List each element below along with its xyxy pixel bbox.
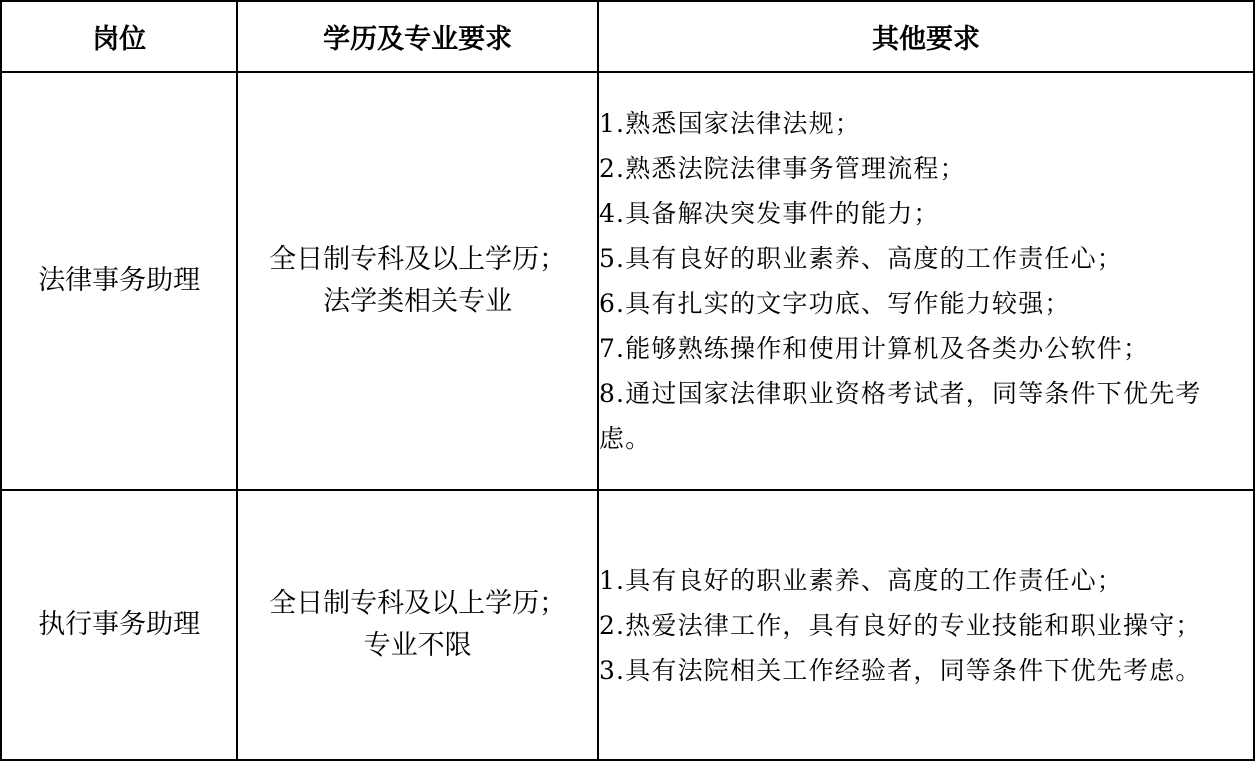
requirement-item: 7.能够熟练操作和使用计算机及各类办公软件； [599,326,1253,371]
requirement-item: 3.具有法院相关工作经验者，同等条件下优先考虑。 [599,648,1253,693]
education-cell: 全日制专科及以上学历；法学类相关专业 [237,72,598,490]
requirement-item: 2.熟悉法院法律事务管理流程； [599,146,1253,191]
requirement-item: 1.熟悉国家法律法规； [599,101,1253,146]
job-requirements-table: 岗位 学历及专业要求 其他要求 法律事务助理 全日制专科及以上学历；法学类相关专… [0,0,1255,761]
position-cell: 执行事务助理 [1,490,237,760]
requirement-item: 6.具有扎实的文字功底、写作能力较强； [599,281,1253,326]
other-requirements-cell: 1.具有良好的职业素养、高度的工作责任心； 2.热爱法律工作，具有良好的专业技能… [598,490,1254,760]
header-position: 岗位 [1,1,237,72]
table-row: 法律事务助理 全日制专科及以上学历；法学类相关专业 1.熟悉国家法律法规； 2.… [1,72,1254,490]
education-text: 全日制专科及以上学历；法学类相关专业 [268,239,568,323]
requirement-item: 1.具有良好的职业素养、高度的工作责任心； [599,558,1253,603]
requirement-item: 5.具有良好的职业素养、高度的工作责任心； [599,236,1253,281]
other-requirements-cell: 1.熟悉国家法律法规； 2.熟悉法院法律事务管理流程； 4.具备解决突发事件的能… [598,72,1254,490]
position-cell: 法律事务助理 [1,72,237,490]
header-education: 学历及专业要求 [237,1,598,72]
requirement-item: 8.通过国家法律职业资格考试者，同等条件下优先考虑。 [599,371,1253,461]
requirement-item: 4.具备解决突发事件的能力； [599,191,1253,236]
header-other-requirements: 其他要求 [598,1,1254,72]
header-row: 岗位 学历及专业要求 其他要求 [1,1,1254,72]
education-text: 全日制专科及以上学历；专业不限 [268,583,568,667]
table-row: 执行事务助理 全日制专科及以上学历；专业不限 1.具有良好的职业素养、高度的工作… [1,490,1254,760]
requirement-item: 2.热爱法律工作，具有良好的专业技能和职业操守； [599,603,1253,648]
education-cell: 全日制专科及以上学历；专业不限 [237,490,598,760]
